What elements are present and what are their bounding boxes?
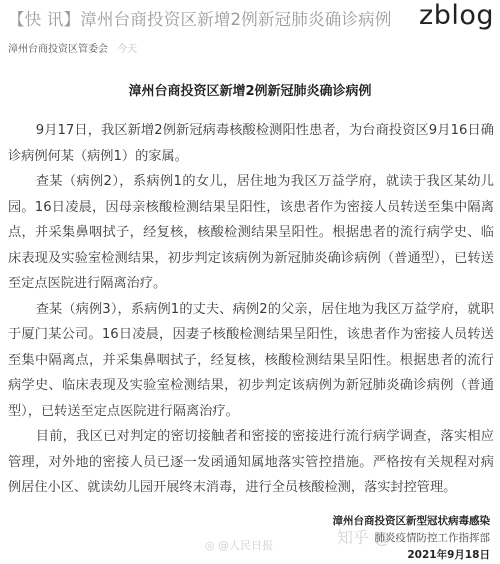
article-title: 漳州台商投资区新增2例新冠肺炎确诊病例: [0, 80, 500, 99]
news-headline: 【快 讯】漳州台商投资区新增2例新冠肺炎确诊病例: [8, 6, 392, 30]
brand-logo: zblog: [419, 0, 494, 31]
paragraph: 查某（病例3），系病例1的丈夫、病例2的父亲，居住地为我区万益学府，就职于厦门某…: [8, 297, 494, 425]
signature-org-line1: 漳州台商投资区新型冠状病毒感染: [333, 513, 491, 530]
weibo-icon: ◎: [205, 539, 218, 552]
article-meta: 漳州台商投资区管委会 今天: [8, 40, 137, 55]
article-body: 9月17日，我区新增2例新冠病毒核酸检测阳性患者，为台商投资区9月16日确诊病例…: [8, 118, 494, 501]
signature-date: 2021年9月18日: [333, 547, 491, 564]
signature: 漳州台商投资区新型冠状病毒感染 肺炎疫情防控工作指挥部 2021年9月18日: [333, 513, 491, 564]
source-name[interactable]: 漳州台商投资区管委会: [8, 44, 108, 55]
paragraph: 目前，我区已对判定的密切接触者和密接的密接进行流行病学调查，落实相应管理，对外地…: [8, 424, 494, 501]
weibo-watermark: ◎ @人民日报: [205, 537, 273, 553]
publish-time: 今天: [117, 44, 137, 55]
paragraph: 查某（病例2），系病例1的女儿，居住地为我区万益学府，就读于我区某幼儿园。16日…: [8, 169, 494, 297]
paragraph: 9月17日，我区新增2例新冠病毒核酸检测阳性患者，为台商投资区9月16日确诊病例…: [8, 118, 494, 169]
signature-org-line2: 肺炎疫情防控工作指挥部: [333, 530, 491, 547]
